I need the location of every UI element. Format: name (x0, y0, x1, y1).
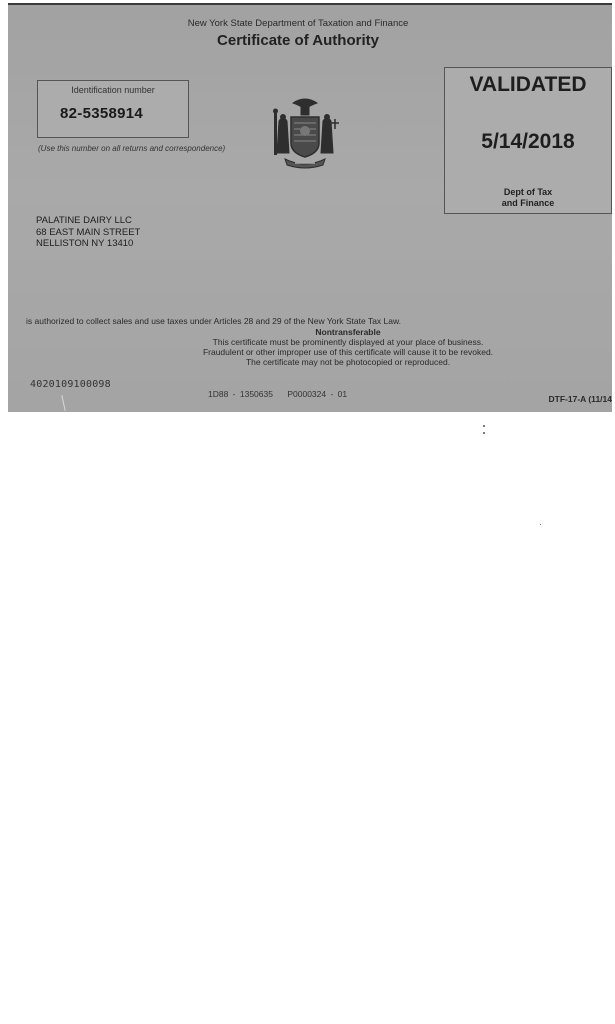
holder-street: 68 EAST MAIN STREET (36, 227, 140, 239)
notice-line-1: This certificate must be prominently dis… (158, 337, 538, 347)
document-title: Certificate of Authority (8, 32, 588, 49)
validation-department: Dept of Tax and Finance (445, 187, 611, 209)
holder-address: PALATINE DAIRY LLC 68 EAST MAIN STREET N… (36, 215, 140, 250)
reference-code-2: P0000324 - 01 (287, 389, 347, 399)
identification-box: Identification number 82-5358914 (37, 80, 189, 138)
holder-name: PALATINE DAIRY LLC (36, 215, 140, 227)
identification-label: Identification number (38, 85, 188, 95)
state-seal-icon (265, 93, 345, 171)
notice-line-3: The certificate may not be photocopied o… (158, 357, 538, 367)
scan-speck (483, 425, 485, 427)
control-number: 4020109100098 (30, 379, 111, 390)
validation-date: 5/14/2018 (445, 130, 611, 154)
usage-notice: Nontransferable This certificate must be… (158, 327, 538, 367)
agency-name: New York State Department of Taxation an… (8, 18, 588, 29)
holder-city-state-zip: NELLISTON NY 13410 (36, 238, 140, 250)
authorization-text: is authorized to collect sales and use t… (26, 316, 401, 326)
identification-note: (Use this number on all returns and corr… (38, 144, 225, 153)
notice-heading: Nontransferable (158, 327, 538, 337)
reference-code-1: 1D88 - 1350635 (208, 389, 273, 399)
reference-codes: 1D88 - 1350635 P0000324 - 01 (208, 389, 347, 399)
validation-status: VALIDATED (445, 73, 611, 97)
scan-speck (483, 432, 485, 434)
scan-speck (540, 524, 541, 525)
validation-dept-line1: Dept of Tax (445, 187, 611, 198)
validation-stamp: VALIDATED 5/14/2018 Dept of Tax and Fina… (444, 67, 612, 214)
notice-line-2: Fraudulent or other improper use of this… (158, 347, 538, 357)
certificate-of-authority: New York State Department of Taxation an… (8, 3, 612, 412)
paper-crease (61, 395, 65, 411)
validation-dept-line2: and Finance (445, 198, 611, 209)
identification-number: 82-5358914 (60, 105, 143, 122)
form-identifier: DTF-17-A (11/14 (549, 394, 612, 404)
